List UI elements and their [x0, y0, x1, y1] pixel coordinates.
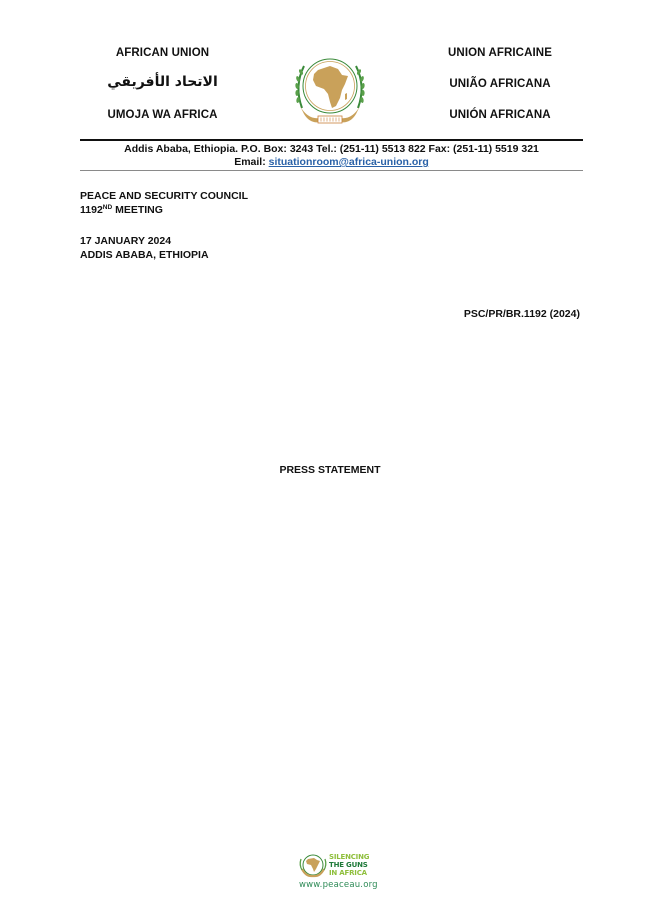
org-name-swahili: UMOJA WA AFRICA — [100, 109, 225, 121]
header-divider-top — [80, 139, 583, 141]
org-name-english: AFRICAN UNION — [100, 47, 225, 59]
document-reference: PSC/PR/BR.1192 (2024) — [440, 308, 580, 320]
contact-block: Addis Ababa, Ethiopia. P.O. Box: 3243 Te… — [80, 143, 583, 169]
council-name: PEACE AND SECURITY COUNCIL — [80, 189, 248, 203]
address-line: Addis Ababa, Ethiopia. P.O. Box: 3243 Te… — [80, 143, 583, 156]
silencing-the-guns-wordmark: SILENCING THE GUNS IN AFRICA — [329, 853, 369, 877]
org-name-spanish: UNIÓN AFRICANA — [430, 109, 570, 121]
header-divider-bottom — [80, 170, 583, 171]
email-link[interactable]: situationroom@africa-union.org — [269, 156, 429, 168]
email-label: Email: — [234, 156, 268, 168]
date-place: 17 JANUARY 2024 ADDIS ABABA, ETHIOPIA — [80, 234, 209, 262]
email-line: Email: situationroom@africa-union.org — [80, 156, 583, 169]
silencing-the-guns-logo: SILENCING THE GUNS IN AFRICA www.peaceau… — [297, 853, 377, 893]
african-union-emblem-icon — [290, 48, 370, 130]
meeting-date: 17 JANUARY 2024 — [80, 234, 209, 248]
meeting-number: 1192ND MEETING — [80, 203, 248, 217]
org-name-arabic: الاتحاد الأفريقي — [100, 74, 225, 90]
ordinal-suffix: ND — [103, 204, 112, 211]
silencing-the-guns-emblem-icon — [297, 853, 329, 879]
meeting-place: ADDIS ABABA, ETHIOPIA — [80, 248, 209, 262]
org-name-portuguese: UNIÃO AFRICANA — [430, 78, 570, 90]
org-name-french: UNION AFRICAINE — [430, 47, 570, 59]
footer-url[interactable]: www.peaceau.org — [299, 880, 378, 890]
document-title: PRESS STATEMENT — [230, 464, 430, 476]
meeting-info: PEACE AND SECURITY COUNCIL 1192ND MEETIN… — [80, 189, 248, 217]
